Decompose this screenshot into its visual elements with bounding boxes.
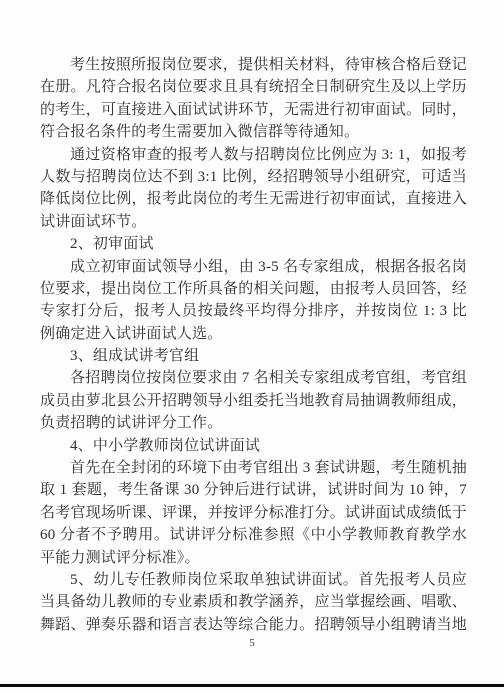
section-heading-2: 2、初审面试 [40,233,467,255]
text-line: 在册。凡符合报名岗位要求且具有统招全日制研究生及以上学历 [40,76,467,98]
text-line: 考生按照所报岗位要求，提供相关材料，待审核合格后登记 [40,54,467,76]
text-line: 符合报名条件的考生需要加入微信群等待通知。 [40,121,467,143]
text-line: 成立初审面试领导小组，由 3-5 名专家组成，根据各报名岗 [40,256,467,278]
text-line: 名考官现场听课、评课，并按评分标准打分。试讲面试成绩低于 [40,502,467,524]
text-line: 当具备幼儿教师的专业素质和教学涵养，应当掌握绘画、唱歌、 [40,591,467,613]
text-line: 首先在全封闭的环境下由考官组出 3 套试讲题，考生随机抽 [40,457,467,479]
text-line: 降低岗位比例，报考此岗位的考生无需进行初审面试，直接进入 [40,188,467,210]
text-line: 5、幼儿专任教师岗位采取单独试讲面试。首先报考人员应 [40,569,467,591]
page-number: 5 [0,637,504,649]
scanned-document-page: 考生按照所报岗位要求，提供相关材料，待审核合格后登记 在册。凡符合报名岗位要求且… [0,0,504,693]
section-heading-3: 3、组成试讲考官组 [40,345,467,367]
text-line: 60 分者不予聘用。试讲评分标准参照《中小学教师教育教学水 [40,524,467,546]
document-body: 考生按照所报岗位要求，提供相关材料，待审核合格后登记 在册。凡符合报名岗位要求且… [40,54,467,636]
text-line: 各招聘岗位按岗位要求由 7 名相关专家组成考官组，考官组 [40,367,467,389]
text-line: 的考生，可直接进入面试试讲环节，无需进行初审面试。同时， [40,99,467,121]
text-line: 位要求，提出岗位工作所具备的相关问题，由报考人员回答，经 [40,278,467,300]
text-line: 专家打分后，报考人员按最终平均得分排序，并按岗位 1: 3 比 [40,300,467,322]
text-line: 试讲面试环节。 [40,211,467,233]
text-line: 负责招聘的试讲评分工作。 [40,412,467,434]
text-line: 平能力测试评分标准》。 [40,547,467,569]
text-line: 取 1 套题，考生备课 30 分钟后进行试讲，试讲时间为 10 钟，7 [40,479,467,501]
text-line: 人数与招聘岗位达不到 3:1 比例，经招聘领导小组研究，可适当 [40,166,467,188]
section-heading-4: 4、中小学教师岗位试讲面试 [40,435,467,457]
text-line: 成员由萝北县公开招聘领导小组委托当地教育局抽调教师组成， [40,390,467,412]
bottom-border-line [0,684,504,687]
text-line: 通过资格审查的报考人数与招聘岗位比例应为 3: 1，如报考 [40,144,467,166]
text-line: 舞蹈、弹奏乐器和语言表达等综合能力。招聘领导小组聘请当地 [40,614,467,636]
text-line: 例确定进入试讲面试人选。 [40,323,467,345]
